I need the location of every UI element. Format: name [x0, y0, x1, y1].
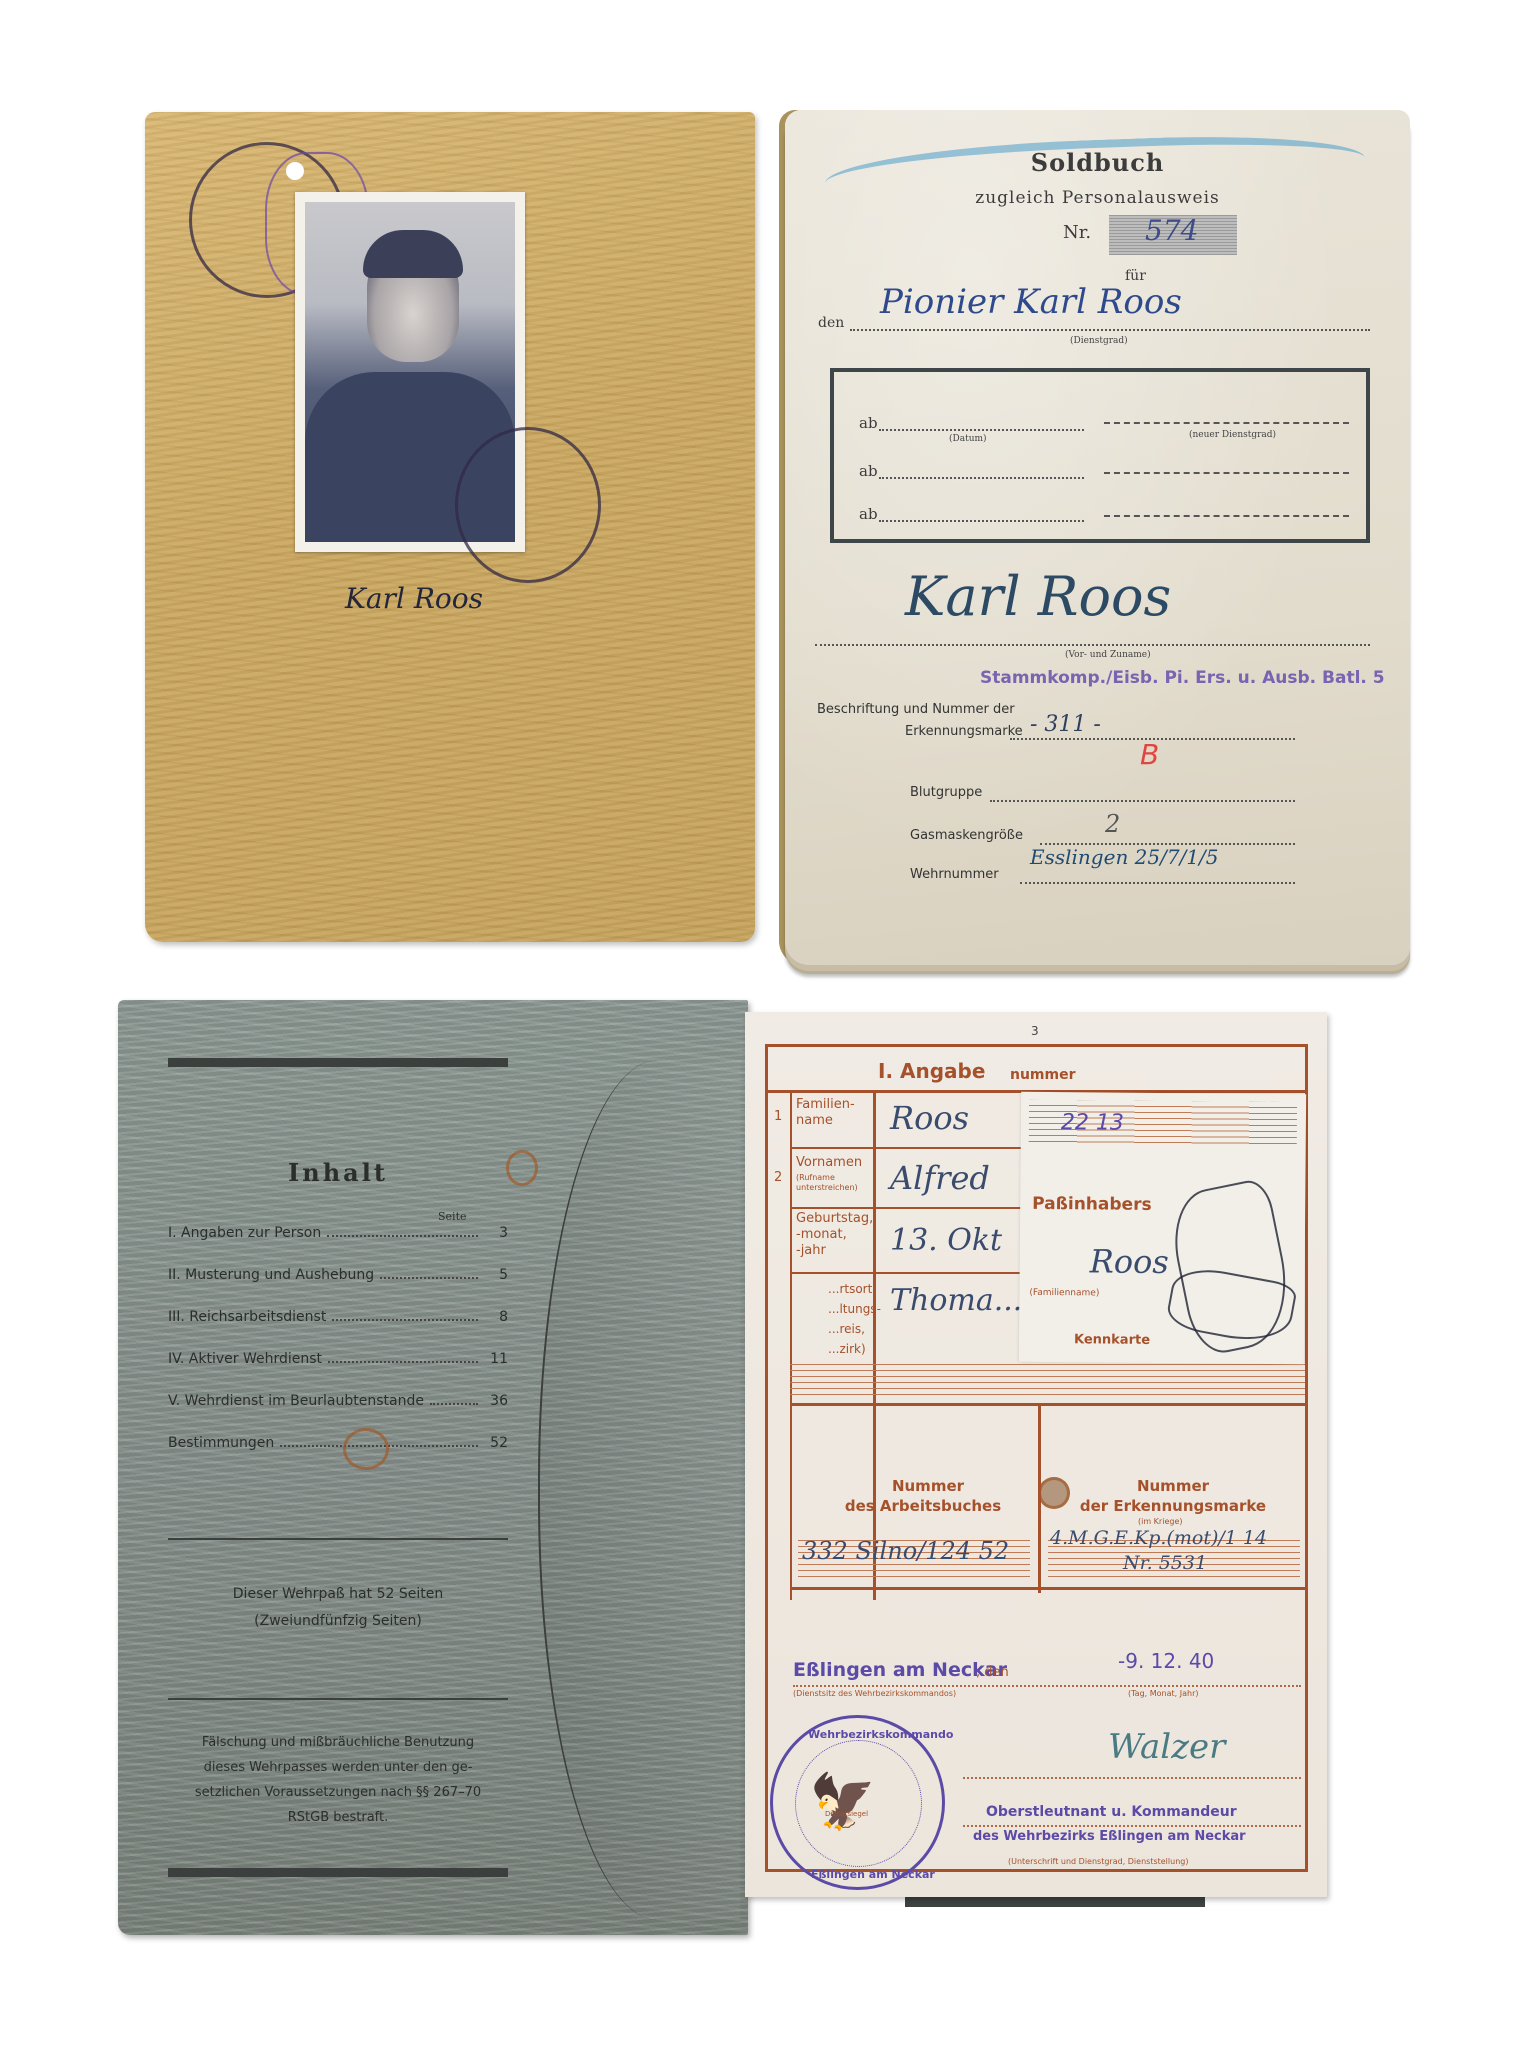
- dotted-line: [990, 800, 1295, 802]
- pages-note-words: (Zweiundfünfzig Seiten): [168, 1609, 508, 1634]
- gasmaske-value: 2: [1105, 810, 1120, 838]
- familienname-label: Familien- name: [796, 1097, 855, 1129]
- erkennungsmarke-label: Beschriftung und Nummer der: [817, 702, 1015, 717]
- toc-row: IV. Aktiver Wehrdienst11: [168, 1351, 508, 1367]
- cover-signature: Karl Roos: [345, 582, 483, 615]
- den-label: den: [818, 315, 844, 331]
- date-caption: (Tag, Monat, Jahr): [1128, 1689, 1198, 1698]
- wehrnummer-label: Wehrnummer: [910, 867, 999, 882]
- divider-bar: [168, 1058, 508, 1067]
- soldbuch-subtitle: zugleich Personalausweis: [785, 188, 1410, 208]
- photo-hair: [363, 230, 463, 278]
- officer-district: des Wehrbezirks Eßlingen am Neckar: [973, 1829, 1246, 1844]
- page-number: 3: [1031, 1024, 1039, 1038]
- warning-line-1: Fälschung und mißbräuchliche Benutzung: [168, 1730, 508, 1755]
- arbeitsbuch-value: 332 Silno/124 52: [802, 1537, 1009, 1565]
- erkennungsmarke-label-2: der Erkennungsmarke: [1048, 1497, 1298, 1515]
- rule: [790, 1207, 1040, 1209]
- dotted-line: [879, 520, 1084, 522]
- tan-booklet-cover: Karl Roos: [145, 112, 755, 942]
- dotted-line: [1104, 422, 1349, 424]
- dotted-line: [850, 329, 1370, 331]
- dotted-line: [963, 1825, 1301, 1827]
- warning-line-2: dieses Wehrpasses werden unter den ge-: [168, 1755, 508, 1780]
- date-value: -9. 12. 40: [1118, 1649, 1214, 1673]
- im-kriege-caption: (im Kriege): [1138, 1517, 1182, 1526]
- ab-label-3: ab: [859, 505, 878, 523]
- name-caption: (Vor- und Zuname): [1065, 650, 1151, 660]
- nr-value: 574: [1145, 214, 1198, 247]
- geburtstag-value: 13. Okt: [890, 1223, 1002, 1258]
- soldbuch-title: Soldbuch: [785, 148, 1410, 177]
- gasmaske-label: Gasmaskengröße: [910, 828, 1023, 843]
- warning-line-3: setzlichen Voraussetzungen nach §§ 267–7…: [168, 1780, 508, 1805]
- rule: [790, 1272, 1040, 1274]
- divider-bar: [168, 1868, 508, 1877]
- geburtstag-label: Geburtstag, -monat, -jahr: [796, 1211, 873, 1259]
- overlay-title-fragment: nummer: [1010, 1067, 1076, 1083]
- rank-caption: (Dienstgrad): [1070, 336, 1128, 346]
- vornamen-label: Vornamen: [796, 1155, 862, 1170]
- overlay-kennkarte: Kennkarte: [1074, 1332, 1150, 1348]
- officer-title: Oberstleutnant u. Kommandeur: [986, 1804, 1237, 1820]
- overlay-handwritten-name: Roos: [1090, 1242, 1169, 1281]
- toc-row: III. Reichsarbeitsdienst8: [168, 1309, 508, 1325]
- geburtsort-value: Thoma...: [890, 1283, 1022, 1318]
- signature-caption: (Unterschrift und Dienstgrad, Dienststel…: [1008, 1857, 1188, 1866]
- inhalt-heading: Inhalt: [168, 1158, 508, 1187]
- toc-row: II. Musterung und Aushebung5: [168, 1267, 508, 1283]
- overlay-number: 22 13: [1061, 1110, 1124, 1136]
- neuer-dienstgrad-caption: (neuer Dienstgrad): [1189, 430, 1276, 440]
- datum-caption: (Datum): [949, 434, 987, 444]
- rubber-stamp-bottom: [455, 427, 601, 583]
- promotion-box: ab (Datum) (neuer Dienstgrad) ab ab: [830, 368, 1370, 543]
- familienname-value: Roos: [890, 1099, 969, 1137]
- dotted-line: [879, 429, 1084, 431]
- row-number: 1: [774, 1109, 782, 1124]
- erkennungsmarke-value: - 311 -: [1030, 712, 1101, 737]
- dotted-line: [815, 644, 1370, 646]
- rank-name-handwritten: Pionier Karl Roos: [880, 282, 1182, 322]
- blutgruppe-label: Blutgruppe: [910, 785, 982, 800]
- ab-label-1: ab: [859, 414, 878, 432]
- erkennungsmarke-label-2: Erkennungsmarke: [905, 724, 1023, 739]
- den-label: , den: [976, 1665, 1009, 1680]
- ab-label-2: ab: [859, 462, 878, 480]
- rust-stain: [506, 1150, 538, 1186]
- dotted-line: [793, 1685, 1301, 1687]
- rule: [790, 1090, 792, 1600]
- place-stamp: Eßlingen am Neckar: [793, 1659, 1007, 1681]
- arbeitsbuch-label-2: des Arbeitsbuches: [808, 1497, 1038, 1515]
- warning-line-4: RStGB bestraft.: [168, 1805, 508, 1830]
- wehrpass-inner-cover: Inhalt Seite I. Angaben zur Person3 II. …: [118, 1000, 748, 1935]
- row-number: 2: [774, 1170, 782, 1185]
- torn-paper-overlay: 22 13 Paßinhabers Roos (Familienname) Ke…: [1019, 1092, 1306, 1364]
- arbeitsbuch-label: Nummer: [828, 1477, 1028, 1495]
- place-caption: (Dienstsitz des Wehrbezirkskommandos): [793, 1689, 956, 1698]
- rule: [790, 1587, 1305, 1590]
- rule: [1038, 1403, 1041, 1593]
- dotted-line: [1104, 472, 1349, 474]
- eagle-emblem-icon: 🦅: [809, 1770, 876, 1834]
- officer-signature: Walzer: [1108, 1727, 1225, 1767]
- rufname-note: (Rufname unterstreichen): [796, 1173, 870, 1193]
- dotted-line: [1020, 882, 1295, 884]
- toc-row: Bestimmungen52: [168, 1435, 508, 1451]
- dotted-line: [879, 477, 1084, 479]
- unit-stamp: Stammkomp./Eisb. Pi. Ers. u. Ausb. Batl.…: [980, 668, 1385, 688]
- divider-line: [168, 1538, 508, 1540]
- rule: [790, 1403, 1305, 1406]
- name-handwritten: Karl Roos: [905, 565, 1171, 628]
- divider-line: [168, 1698, 508, 1700]
- geburtsort-label: ...rtsort ...ltungs- ...reis, ...zirk): [828, 1279, 881, 1359]
- erkennungsmarke-label: Nummer: [1048, 1477, 1298, 1495]
- dotted-line: [963, 1777, 1301, 1779]
- official-seal-stamp: Wehrbezirkskommando 🦅 Dienstsiegel Eßlin…: [770, 1715, 945, 1890]
- cover-pocket-flap: [538, 1060, 740, 1920]
- toc-row: V. Wehrdienst im Beurlaubtenstande36: [168, 1393, 508, 1409]
- form-frame: I. Angabe nummer 1 Familien- name Roos 2…: [765, 1044, 1308, 1872]
- pages-note: Dieser Wehrpaß hat 52 Seiten: [168, 1582, 508, 1607]
- overlay-label: Paßinhabers: [1032, 1194, 1152, 1215]
- dotted-line: [1104, 515, 1349, 517]
- wehrpass-page-3: 3 I. Angabe nummer 1 Familien- name Roos…: [745, 1012, 1327, 1897]
- rust-stain: [343, 1428, 389, 1470]
- erkennungsmarke-value-1: 4.M.G.E.Kp.(mot)/1 14: [1050, 1527, 1267, 1549]
- overlay-caption: (Familienname): [1029, 1288, 1099, 1299]
- blood-group-value: B: [1140, 738, 1159, 771]
- ruled-lines: [790, 1359, 1305, 1399]
- wehrnummer-value: Esslingen 25/7/1/5: [1030, 845, 1219, 869]
- erkennungsmarke-value-2: Nr. 5531: [1123, 1552, 1207, 1574]
- vornamen-value: Alfred: [890, 1159, 990, 1197]
- toc-row: I. Angaben zur Person3: [168, 1225, 508, 1241]
- section-title: I. Angabe: [878, 1059, 985, 1083]
- nr-label: Nr.: [1063, 222, 1091, 243]
- soldbuch-page: Soldbuch zugleich Personalausweis Nr. 57…: [785, 110, 1410, 965]
- seite-label: Seite: [438, 1210, 467, 1223]
- rule: [790, 1147, 1040, 1149]
